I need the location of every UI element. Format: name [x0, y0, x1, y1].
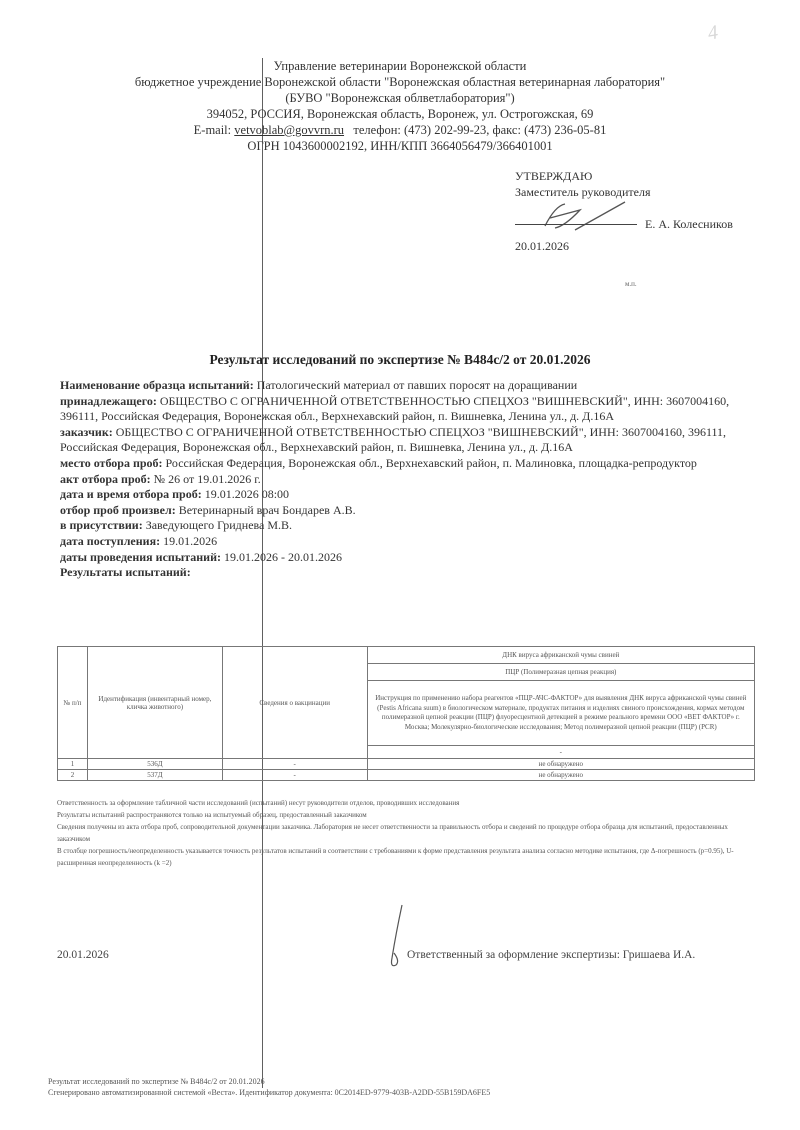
- col-header-num: № п/п: [58, 647, 88, 759]
- letterhead-address: 394052, РОССИЯ, Воронежская область, Вор…: [0, 106, 800, 122]
- letterhead: Управление ветеринарии Воронежской облас…: [0, 58, 800, 154]
- col-header-method-doc: Инструкция по применению набора реагенто…: [367, 681, 754, 746]
- field-sampled-by: отбор проб произвел: Ветеринарный врач Б…: [60, 503, 750, 519]
- signature-icon: [535, 196, 645, 236]
- result-cell: не обнаружено: [367, 770, 754, 781]
- field-customer: заказчик: ОБЩЕСТВО С ОГРАНИЧЕННОЙ ОТВЕТС…: [60, 425, 750, 456]
- signature-icon: [382, 903, 412, 973]
- table-row: 2 537Д - не обнаружено: [58, 770, 755, 781]
- signature-line: [515, 224, 637, 225]
- field-sampling-act: акт отбора проб: № 26 от 19.01.2026 г.: [60, 472, 750, 488]
- note-scope: Результаты испытаний распространяются то…: [57, 809, 757, 821]
- approval-title: УТВЕРЖДАЮ: [515, 168, 651, 184]
- field-results-heading: Результаты испытаний:: [60, 565, 750, 581]
- letterhead-authority: Управление ветеринарии Воронежской облас…: [0, 58, 800, 74]
- email-link[interactable]: vetvoblab@govvrn.ru: [234, 123, 344, 137]
- field-sample-name: Наименование образца испытаний: Патологи…: [60, 378, 750, 394]
- field-receipt-date: дата поступления: 19.01.2026: [60, 534, 750, 550]
- document-title: Результат исследований по экспертизе № В…: [0, 352, 800, 368]
- responsible-signature-block: 20.01.2026 Ответственный за оформление э…: [57, 945, 757, 975]
- note-source: Сведения получены из акта отбора проб, с…: [57, 821, 757, 845]
- signature-date: 20.01.2026: [57, 949, 109, 961]
- approver-name: Е. А. Колесников: [645, 216, 733, 232]
- field-testing-dates: даты проведения испытаний: 19.01.2026 - …: [60, 550, 750, 566]
- field-owner: принадлежащего: ОБЩЕСТВО С ОГРАНИЧЕННОЙ …: [60, 394, 750, 425]
- letterhead-contacts: E-mail: vetvoblab@govvrn.ru телефон: (47…: [0, 122, 800, 138]
- result-cell: не обнаружено: [367, 759, 754, 770]
- responsible-person: Ответственный за оформление экспертизы: …: [407, 949, 695, 961]
- approval-date: 20.01.2026: [515, 238, 651, 254]
- col-header-indicator: ДНК вируса африканской чумы свиней: [367, 647, 754, 664]
- approval-block: УТВЕРЖДАЮ Заместитель руководителя Е. А.…: [515, 168, 651, 254]
- letterhead-registration: ОГРН 1043600002192, ИНН/КПП 3664056479/3…: [0, 138, 800, 154]
- email-label: E-mail:: [194, 123, 232, 137]
- notes: Ответственность за оформление табличной …: [57, 797, 757, 869]
- note-responsibility: Ответственность за оформление табличной …: [57, 797, 757, 809]
- col-header-method: ПЦР (Полимеразная цепная реакция): [367, 664, 754, 681]
- field-sampling-datetime: дата и время отбора проб: 19.01.2026 08:…: [60, 487, 750, 503]
- document-footer: Результат исследований по экспертизе № В…: [48, 1076, 490, 1098]
- field-sampling-place: место отбора проб: Российская Федерация,…: [60, 456, 750, 472]
- letterhead-institution: бюджетное учреждение Воронежской области…: [0, 74, 800, 90]
- col-header-norm: -: [367, 746, 754, 759]
- field-in-presence: в присутствии: Заведующего Гриднева М.В.: [60, 518, 750, 534]
- results-table: № п/п Идентификация (инвентарный номер, …: [57, 646, 755, 781]
- col-header-vaccination: Сведения о вакцинации: [222, 647, 367, 759]
- footer-reference: Результат исследований по экспертизе № В…: [48, 1076, 490, 1087]
- page-number-mark: 4: [706, 21, 720, 45]
- phone-fax: телефон: (473) 202-99-23, факс: (473) 23…: [353, 123, 606, 137]
- approval-signature-row: Е. А. Колесников: [515, 200, 651, 238]
- table-header-row: № п/п Идентификация (инвентарный номер, …: [58, 647, 755, 664]
- table-row: 1 536Д - не обнаружено: [58, 759, 755, 770]
- col-header-id: Идентификация (инвентарный номер, кличка…: [87, 647, 222, 759]
- stamp-place: м.п.: [625, 276, 637, 292]
- note-uncertainty: В столбце погрешность/неопределенность у…: [57, 845, 757, 869]
- letterhead-short-name: (БУВО "Воронежская облветлаборатория"): [0, 90, 800, 106]
- footer-generated-id: Сгенерировано автоматизированной системо…: [48, 1087, 490, 1098]
- sample-fields: Наименование образца испытаний: Патологи…: [60, 378, 750, 581]
